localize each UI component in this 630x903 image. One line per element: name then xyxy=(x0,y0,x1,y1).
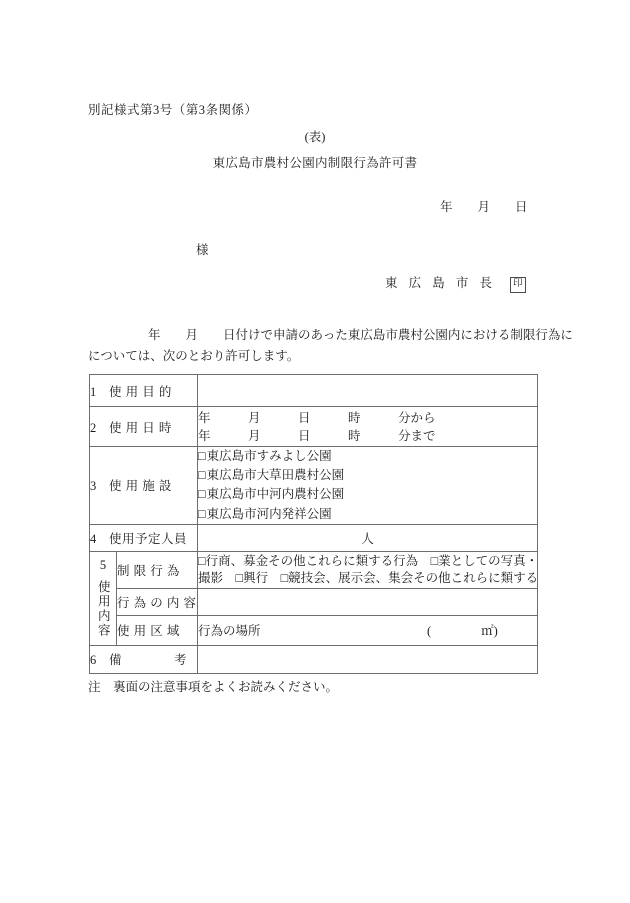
facility-options-cell: □東広島市すみよし公園 □東広島市大草田農村公園 □東広島市中河内農村公園 □東… xyxy=(198,447,538,525)
facility-option: □東広島市河内発祥公園 xyxy=(198,505,537,524)
row-facility-label-cell: 3使 用 施 設 xyxy=(90,447,198,525)
facility-option-label: 東広島市すみよし公園 xyxy=(207,449,332,463)
row-remarks-label-cell: 6備 考 xyxy=(90,645,198,673)
checkbox-icon: □ xyxy=(198,468,206,482)
table-row: 1使 用 目 的 xyxy=(90,375,538,407)
facility-option: □東広島市大草田農村公園 xyxy=(198,466,537,485)
row-label: 使 用 目 的 xyxy=(109,385,172,399)
use-area-sqm-blank: ( ㎡) xyxy=(427,621,498,639)
facility-option-label: 東広島市大草田農村公園 xyxy=(207,468,345,482)
usage-group-cell: 5 使用内容 xyxy=(90,551,117,645)
issuer-name: 東 広 島 市 長 xyxy=(385,276,496,290)
side-label: (表) xyxy=(0,127,630,145)
table-row: 2使 用 日 時 年 月 日 時 分から 年 月 日 時 分まで xyxy=(90,407,538,447)
row-label: 制 限 行 為 xyxy=(117,564,180,578)
datetime-value-cell: 年 月 日 時 分から 年 月 日 時 分まで xyxy=(198,407,538,447)
purpose-value-cell xyxy=(198,375,538,407)
datetime-to: 年 月 日 時 分まで xyxy=(198,427,537,445)
intro-line-1: 年 月 日付けで申請のあった東広島市農村公園内における制限行為に xyxy=(88,325,573,346)
row-label: 使 用 区 域 xyxy=(117,624,180,638)
table-row: 使 用 区 域 行為の場所 ( ㎡) xyxy=(90,615,538,645)
row-label: 行 為 の 内 容 xyxy=(117,596,197,610)
use-area-label-cell: 使 用 区 域 xyxy=(117,615,198,645)
row-label: 備 考 xyxy=(109,653,187,667)
row-number: 4 xyxy=(90,532,98,547)
row-number: 5 xyxy=(90,558,116,573)
facility-option: □東広島市中河内農村公園 xyxy=(198,485,537,504)
document-page: 別記様式第3号（第3条関係） (表) 東広島市農村公園内制限行為許可書 年 月 … xyxy=(0,0,630,903)
intro-line-2: については、次のとおり許可します。 xyxy=(88,346,573,367)
checkbox-icon: □ xyxy=(198,507,206,521)
people-value-cell: 人 xyxy=(198,524,538,551)
remarks-value-cell xyxy=(198,645,538,673)
facility-option-label: 東広島市河内発祥公園 xyxy=(207,507,332,521)
issuer-line: 東 広 島 市 長印 xyxy=(385,273,526,293)
restricted-acts-line-1: □行商、募金その他これらに類する行為 □業としての写真・映画 xyxy=(198,553,537,570)
facility-option: □東広島市すみよし公園 xyxy=(198,447,537,466)
act-detail-label-cell: 行 為 の 内 容 xyxy=(117,588,198,615)
act-detail-value-cell xyxy=(198,588,538,615)
datetime-from: 年 月 日 時 分から xyxy=(198,409,537,427)
row-number: 6 xyxy=(90,653,98,668)
issue-date-line: 年 月 日 xyxy=(440,197,528,215)
usage-group-label: 使用内容 xyxy=(97,580,110,638)
table-row: 6備 考 xyxy=(90,645,538,673)
row-number: 1 xyxy=(90,385,98,400)
row-label: 使 用 施 設 xyxy=(109,479,172,493)
table-row: 5 使用内容 制 限 行 為 □行商、募金その他これらに類する行為 □業としての… xyxy=(90,551,538,588)
recipient-honorific: 様 xyxy=(196,240,209,258)
footer-note: 注 裏面の注意事項をよくお読みください。 xyxy=(88,677,338,695)
row-people-label-cell: 4使用予定人員 xyxy=(90,524,198,551)
restricted-acts-label-cell: 制 限 行 為 xyxy=(117,551,198,588)
row-label: 使 用 日 時 xyxy=(109,421,172,435)
table-row: 4使用予定人員 人 xyxy=(90,524,538,551)
intro-paragraph: 年 月 日付けで申請のあった東広島市農村公園内における制限行為に については、次… xyxy=(88,325,573,367)
use-area-text: 行為の場所 xyxy=(198,624,261,638)
table-row: 3使 用 施 設 □東広島市すみよし公園 □東広島市大草田農村公園 □東広島市中… xyxy=(90,447,538,525)
row-label: 使用予定人員 xyxy=(109,532,187,546)
seal-placeholder: 印 xyxy=(510,277,526,293)
restricted-acts-cell: □行商、募金その他これらに類する行為 □業としての写真・映画 撮影 □興行 □競… xyxy=(198,551,538,588)
form-number: 別記様式第3号（第3条関係） xyxy=(88,100,258,118)
row-number: 3 xyxy=(90,479,98,494)
row-number: 2 xyxy=(90,421,98,436)
row-purpose-label-cell: 1使 用 目 的 xyxy=(90,375,198,407)
page-title: 東広島市農村公園内制限行為許可書 xyxy=(0,153,630,171)
restricted-acts-line-2: 撮影 □興行 □競技会、展示会、集会その他これらに類する催し xyxy=(198,570,537,587)
permit-table: 1使 用 目 的 2使 用 日 時 年 月 日 時 分から 年 月 日 時 分ま… xyxy=(89,374,538,674)
use-area-value-cell: 行為の場所 ( ㎡) xyxy=(198,615,538,645)
checkbox-icon: □ xyxy=(198,487,206,501)
checkbox-icon: □ xyxy=(198,449,206,463)
facility-option-label: 東広島市中河内農村公園 xyxy=(207,487,345,501)
table-row: 行 為 の 内 容 xyxy=(90,588,538,615)
row-datetime-label-cell: 2使 用 日 時 xyxy=(90,407,198,447)
